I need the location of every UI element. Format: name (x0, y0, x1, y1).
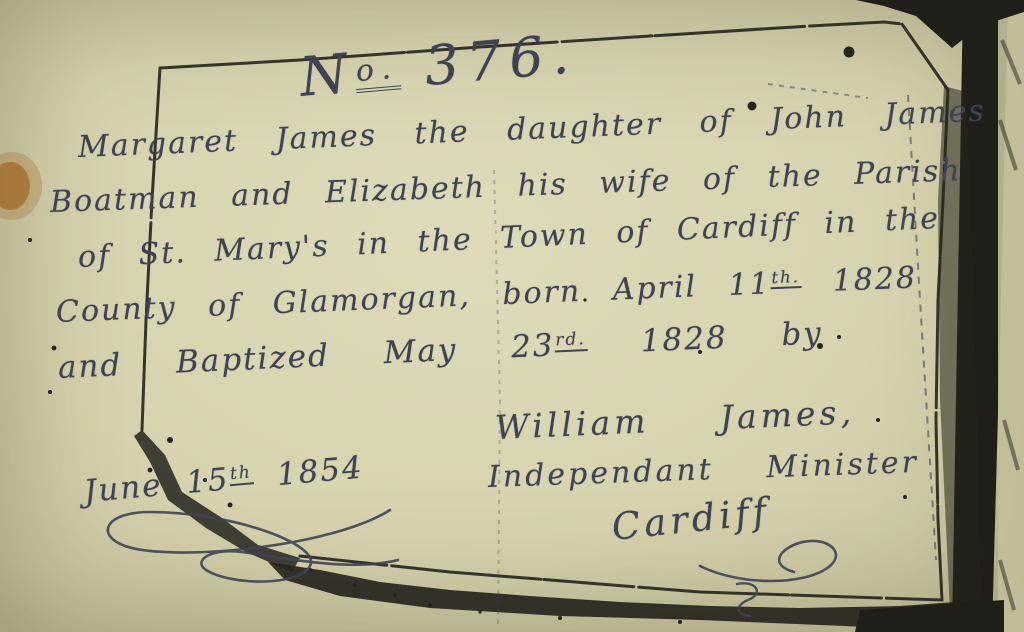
issue-date-year: 1854 (252, 450, 365, 496)
corner-dashed-line (768, 84, 868, 98)
cardiff-flourish-tail (737, 583, 757, 616)
line-tail: 1828 by (586, 315, 823, 362)
number-value: 376. (397, 22, 579, 100)
top-right-shadow (856, 0, 1024, 48)
issue-date: June 15th 1854 (82, 450, 365, 510)
line-text: and Baptized May 23 (57, 327, 555, 386)
ink-stain-halo (0, 152, 42, 220)
minister-title: Independant Minister (487, 445, 919, 495)
signature-place: Cardiff (610, 490, 773, 549)
ink-stain (0, 162, 30, 210)
line-sup (961, 155, 964, 174)
line-sup (985, 95, 988, 114)
bottom-shadow-band (268, 562, 965, 632)
number-ordinal: o. (353, 50, 401, 93)
bottom-right-shadow (855, 600, 1004, 632)
baptism-date-ordinal: rd. (554, 329, 587, 352)
right-strip-streaks (1000, 40, 1020, 610)
right-paper-strip (998, 0, 1024, 632)
cardiff-flourish (700, 541, 836, 581)
minister-signature: William James, (494, 392, 856, 447)
certificate-body-line-1: Margaret James the daughter of John Jame… (77, 93, 988, 165)
date-flourish (108, 510, 398, 582)
issue-date-ordinal: th (228, 462, 254, 486)
line-sup (939, 203, 942, 222)
baptism-certificate-photo: No. 376. Margaret James the daughter of … (0, 0, 1024, 632)
certificate-number: No. 376. (297, 22, 579, 109)
birth-date-ordinal: th. (770, 267, 801, 289)
line-tail: 1828 (800, 260, 917, 300)
issue-date-text: June 15 (82, 461, 231, 510)
line-text: Margaret James the daughter of John Jame… (77, 94, 986, 165)
certificate-body-line-5: and Baptized May 23rd. 1828 by (57, 315, 823, 386)
number-prefix: N (297, 41, 358, 109)
line-text: County of Glamorgan, born April 11 (55, 266, 771, 330)
